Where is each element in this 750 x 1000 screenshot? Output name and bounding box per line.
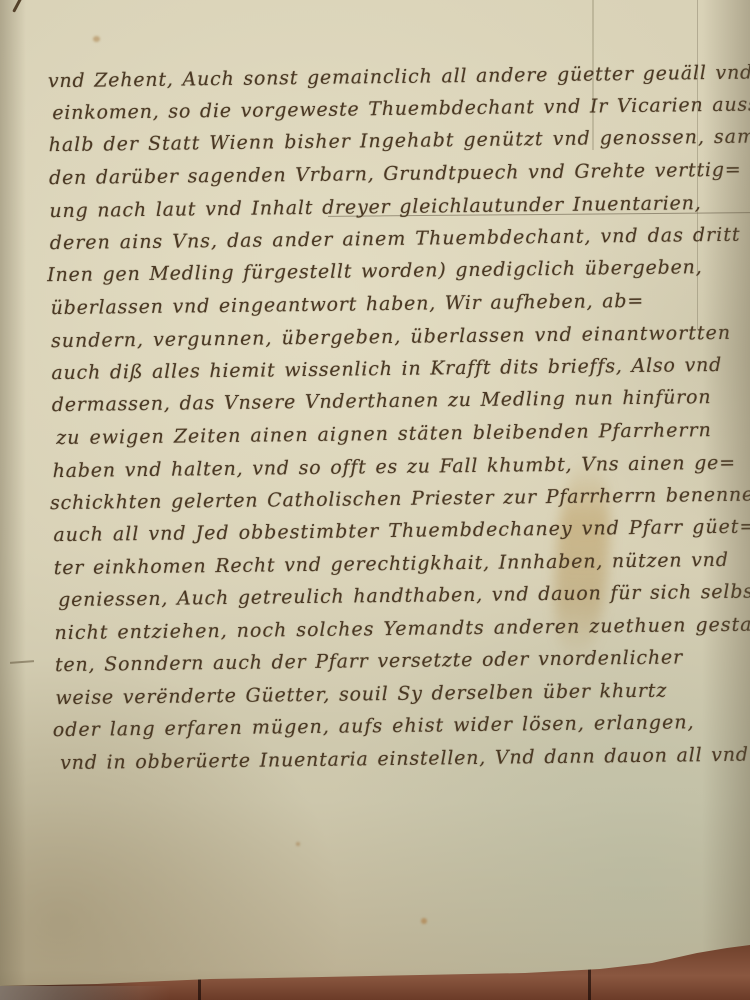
ink-fleck [296,842,300,846]
ink-fleck [421,918,427,924]
manuscript-line: vnd in obberüerte Inuentaria einstellen,… [60,738,732,779]
manuscript-photo: vnd Zehent, Auch sonst gemainclich all a… [0,0,750,1000]
top-edge-ink-stroke [12,0,23,13]
parchment-page: vnd Zehent, Auch sonst gemainclich all a… [0,0,750,1000]
margin-dash-mark [10,660,34,664]
manuscript-text: vnd Zehent, Auch sonst gemainclich all a… [48,56,729,779]
ink-fleck [93,36,100,42]
table-corner-highlight [0,986,170,1000]
